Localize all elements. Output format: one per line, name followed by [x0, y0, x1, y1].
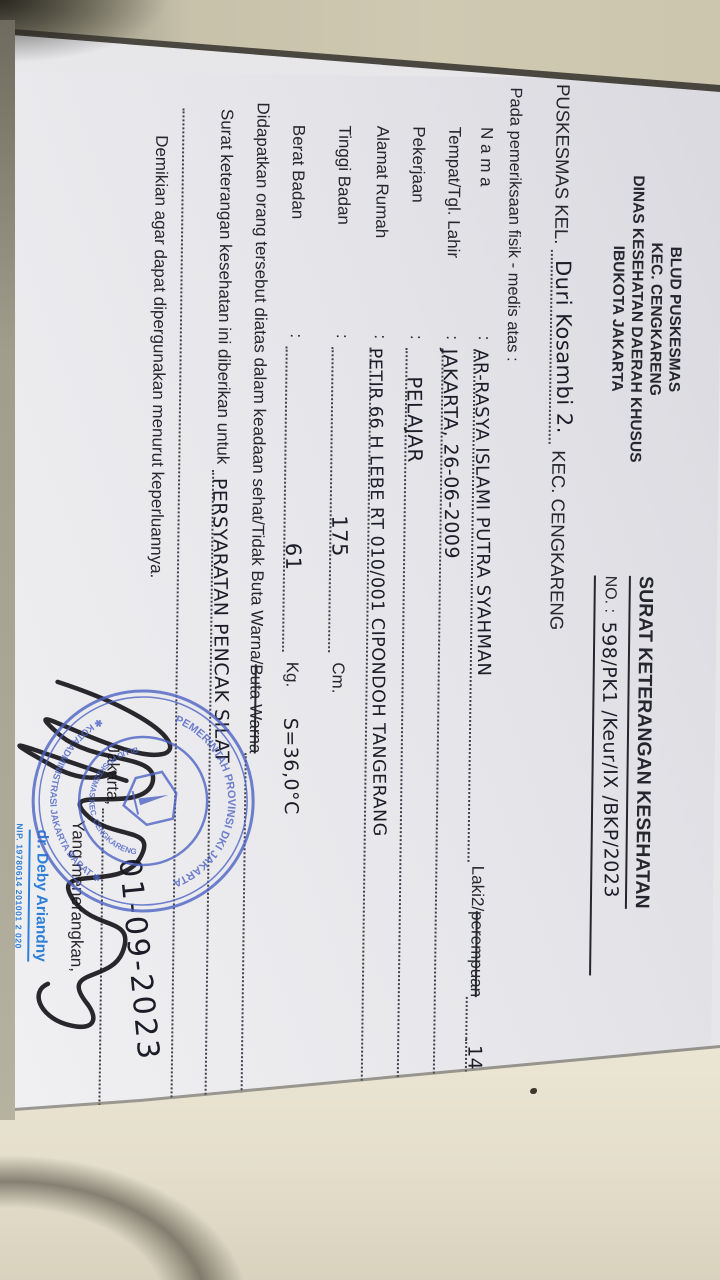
closing-line: Demikian agar dapat dipergunakan menurut… [146, 135, 171, 578]
form-row-pekerjaan: Pekerjaan : PELAJAR [395, 126, 428, 1196]
table-surface-left-strip [0, 20, 15, 1120]
dotted-leader [465, 997, 486, 1039]
weight-handwritten: 61 [283, 543, 303, 571]
health-statement-line: Didapatkan orang tersebut diatas dalam k… [239, 102, 272, 1194]
form-row-nama: N a m a : AR-RASYA ISLAMI PUTRA SYAHMAN … [463, 127, 496, 1197]
row-colon: : [286, 325, 306, 347]
form-row-berat: Berat Badan : 61 Kg. S=36,0°C [275, 125, 308, 1195]
intro-line: Pada pemeriksaan fisik - medis atas : [503, 87, 525, 361]
puskesmas-line: PUSKESMAS KEL. Duri Kosambi 2. KEC. CENG… [546, 84, 577, 630]
row-label: Berat Badan [286, 125, 308, 325]
row-colon: : [474, 327, 494, 349]
corner-shadow-top-left [0, 0, 260, 90]
document-title: SURAT KETERANGAN KESEHATAN [625, 576, 657, 909]
birth-handwritten: JAKARTA, 26-06-2009 [439, 349, 461, 560]
row-label: Tinggi Badan [332, 125, 354, 325]
row-label: Pekerjaan [406, 126, 428, 326]
statement-text: Didapatkan orang tersebut diatas dalam k… [246, 102, 273, 664]
form-row-ttl: Tempat/Tgl. Lahir : JAKARTA, 26-06-2009 [431, 127, 464, 1197]
row-label: Tempat/Tgl. Lahir [442, 127, 464, 327]
height-unit: Cm. [327, 662, 347, 693]
corner-shadow-bottom-left [0, 1130, 420, 1280]
dotted-leader: PETIR 66 H LEBE RT 010/001 CIPONDOH TANG… [359, 348, 389, 1196]
dotted-leader: PELAJAR [395, 348, 425, 1196]
row-colon: : [406, 326, 426, 348]
stamp-outer-bottom-text: ✱ KOTA ADMINISTRASI JAKARTA BARAT ✱ [46, 715, 105, 886]
sex-struck: perempuan [466, 911, 487, 997]
puskesmas-suffix: KEC. CENGKARENG [546, 450, 568, 630]
number-value-handwritten: 598/PK1 /Keur/IX /BKP/2023 [597, 621, 621, 898]
puskesmas-handwritten-wrap: Duri Kosambi 2. [549, 250, 575, 444]
doctor-nip-stamp: NIP. 19780614 201001 2 020 [13, 823, 25, 949]
dotted-leader: AR-RASYA ISLAMI PUTRA SYAHMAN [467, 349, 493, 862]
weight-unit: Kg. [282, 662, 302, 688]
dotted-leader: 61 [282, 347, 306, 652]
org-header: BLUD PUSKESMAS KEC. CENGKARENG DINAS KES… [606, 134, 687, 505]
number-label: NO. : [601, 576, 618, 614]
sex-printed: Laki2/ [467, 866, 488, 912]
name-handwritten: AR-RASYA ISLAMI PUTRA SYAHMAN [470, 349, 493, 676]
purpose-text: Surat keterangan kesehatan ini diberikan… [212, 109, 236, 465]
temperature-handwritten: S=36,0°C [280, 717, 301, 814]
row-label: N a m a [474, 127, 496, 327]
kelurahan-handwritten: Duri Kosambi 2. [553, 260, 575, 434]
svg-text:✱ KOTA ADMINISTRASI JAKARTA B: ✱ KOTA ADMINISTRASI JAKARTA BARAT ✱ [46, 715, 105, 886]
photo-of-document: BLUD PUSKESMAS KEC. CENGKARENG DINAS KES… [0, 0, 720, 1280]
row-colon: : [442, 327, 462, 349]
row-colon: : [370, 326, 390, 348]
jakarta-coat-of-arms-icon [118, 770, 182, 829]
dotted-leader: 175 [328, 347, 352, 652]
puskesmas-prefix: PUSKESMAS KEL. [551, 84, 573, 245]
height-handwritten: 175 [329, 515, 349, 557]
row-colon: : [332, 325, 352, 347]
address-handwritten: PETIR 66 H LEBE RT 010/001 CIPONDOH TANG… [365, 348, 389, 837]
document-number-line: NO. : 598/PK1 /Keur/IX /BKP/2023 [589, 575, 623, 975]
row-label: Alamat Rumah [370, 126, 392, 326]
form-row-alamat: Alamat Rumah : PETIR 66 H LEBE RT 010/00… [359, 126, 392, 1196]
official-round-stamp-icon: PEMERINTAH PROVINSI DKI JAKARTA ✱ KOTA A… [26, 684, 261, 919]
job-handwritten: PELAJAR [404, 376, 425, 463]
form-row-tinggi: Tinggi Badan : 175 Cm. [321, 125, 354, 1195]
